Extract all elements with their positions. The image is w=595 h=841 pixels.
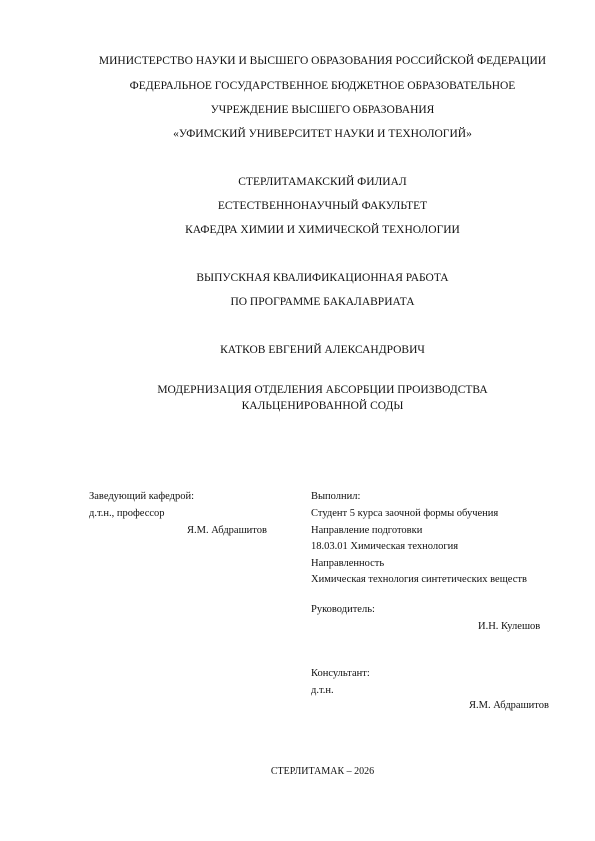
direction-value: 18.03.01 Химическая технология — [311, 541, 458, 552]
institution-line-1: ФЕДЕРАЛЬНОЕ ГОСУДАРСТВЕННОЕ БЮДЖЕТНОЕ ОБ… — [50, 80, 595, 92]
work-title-line-1: МОДЕРНИЗАЦИЯ ОТДЕЛЕНИЯ АБСОРБЦИИ ПРОИЗВО… — [50, 384, 595, 396]
university-name: «УФИМСКИЙ УНИВЕРСИТЕТ НАУКИ И ТЕХНОЛОГИЙ… — [50, 128, 595, 140]
author-name: КАТКОВ ЕВГЕНИЙ АЛЕКСАНДРОВИЧ — [50, 344, 595, 356]
consultant-degree: д.т.н. — [311, 685, 334, 696]
consultant-label: Консультант: — [311, 668, 370, 679]
branch-name: СТЕРЛИТАМАКСКИЙ ФИЛИАЛ — [50, 176, 595, 188]
work-type-line-1: ВЫПУСКНАЯ КВАЛИФИКАЦИОННАЯ РАБОТА — [50, 272, 595, 284]
focus-value: Химическая технология синтетических веще… — [311, 574, 527, 585]
work-type-line-2: ПО ПРОГРАММЕ БАКАЛАВРИАТА — [50, 296, 595, 308]
head-of-department-label: Заведующий кафедрой: — [89, 491, 194, 502]
department-name: КАФЕДРА ХИМИИ И ХИМИЧЕСКОЙ ТЕХНОЛОГИИ — [50, 224, 595, 236]
work-title-line-2: КАЛЬЦЕНИРОВАННОЙ СОДЫ — [50, 400, 595, 412]
performer-student: Студент 5 курса заочной формы обучения — [311, 508, 498, 519]
direction-label: Направление подготовки — [311, 525, 422, 536]
ministry-line: МИНИСТЕРСТВО НАУКИ И ВЫСШЕГО ОБРАЗОВАНИЯ… — [50, 55, 595, 67]
institution-line-2: УЧРЕЖДЕНИЕ ВЫСШЕГО ОБРАЗОВАНИЯ — [50, 104, 595, 116]
supervisor-name: И.Н. Кулешов — [478, 621, 540, 632]
performer-label: Выполнил: — [311, 491, 360, 502]
supervisor-label: Руководитель: — [311, 604, 375, 615]
consultant-name: Я.М. Абдрашитов — [469, 700, 549, 711]
head-of-department-degree: д.т.н., профессор — [89, 508, 165, 519]
head-of-department-name: Я.М. Абдрашитов — [187, 525, 267, 536]
focus-label: Направленность — [311, 558, 384, 569]
city-year: СТЕРЛИТАМАК – 2026 — [50, 766, 595, 777]
faculty-name: ЕСТЕСТВЕННОНАУЧНЫЙ ФАКУЛЬТЕТ — [50, 200, 595, 212]
